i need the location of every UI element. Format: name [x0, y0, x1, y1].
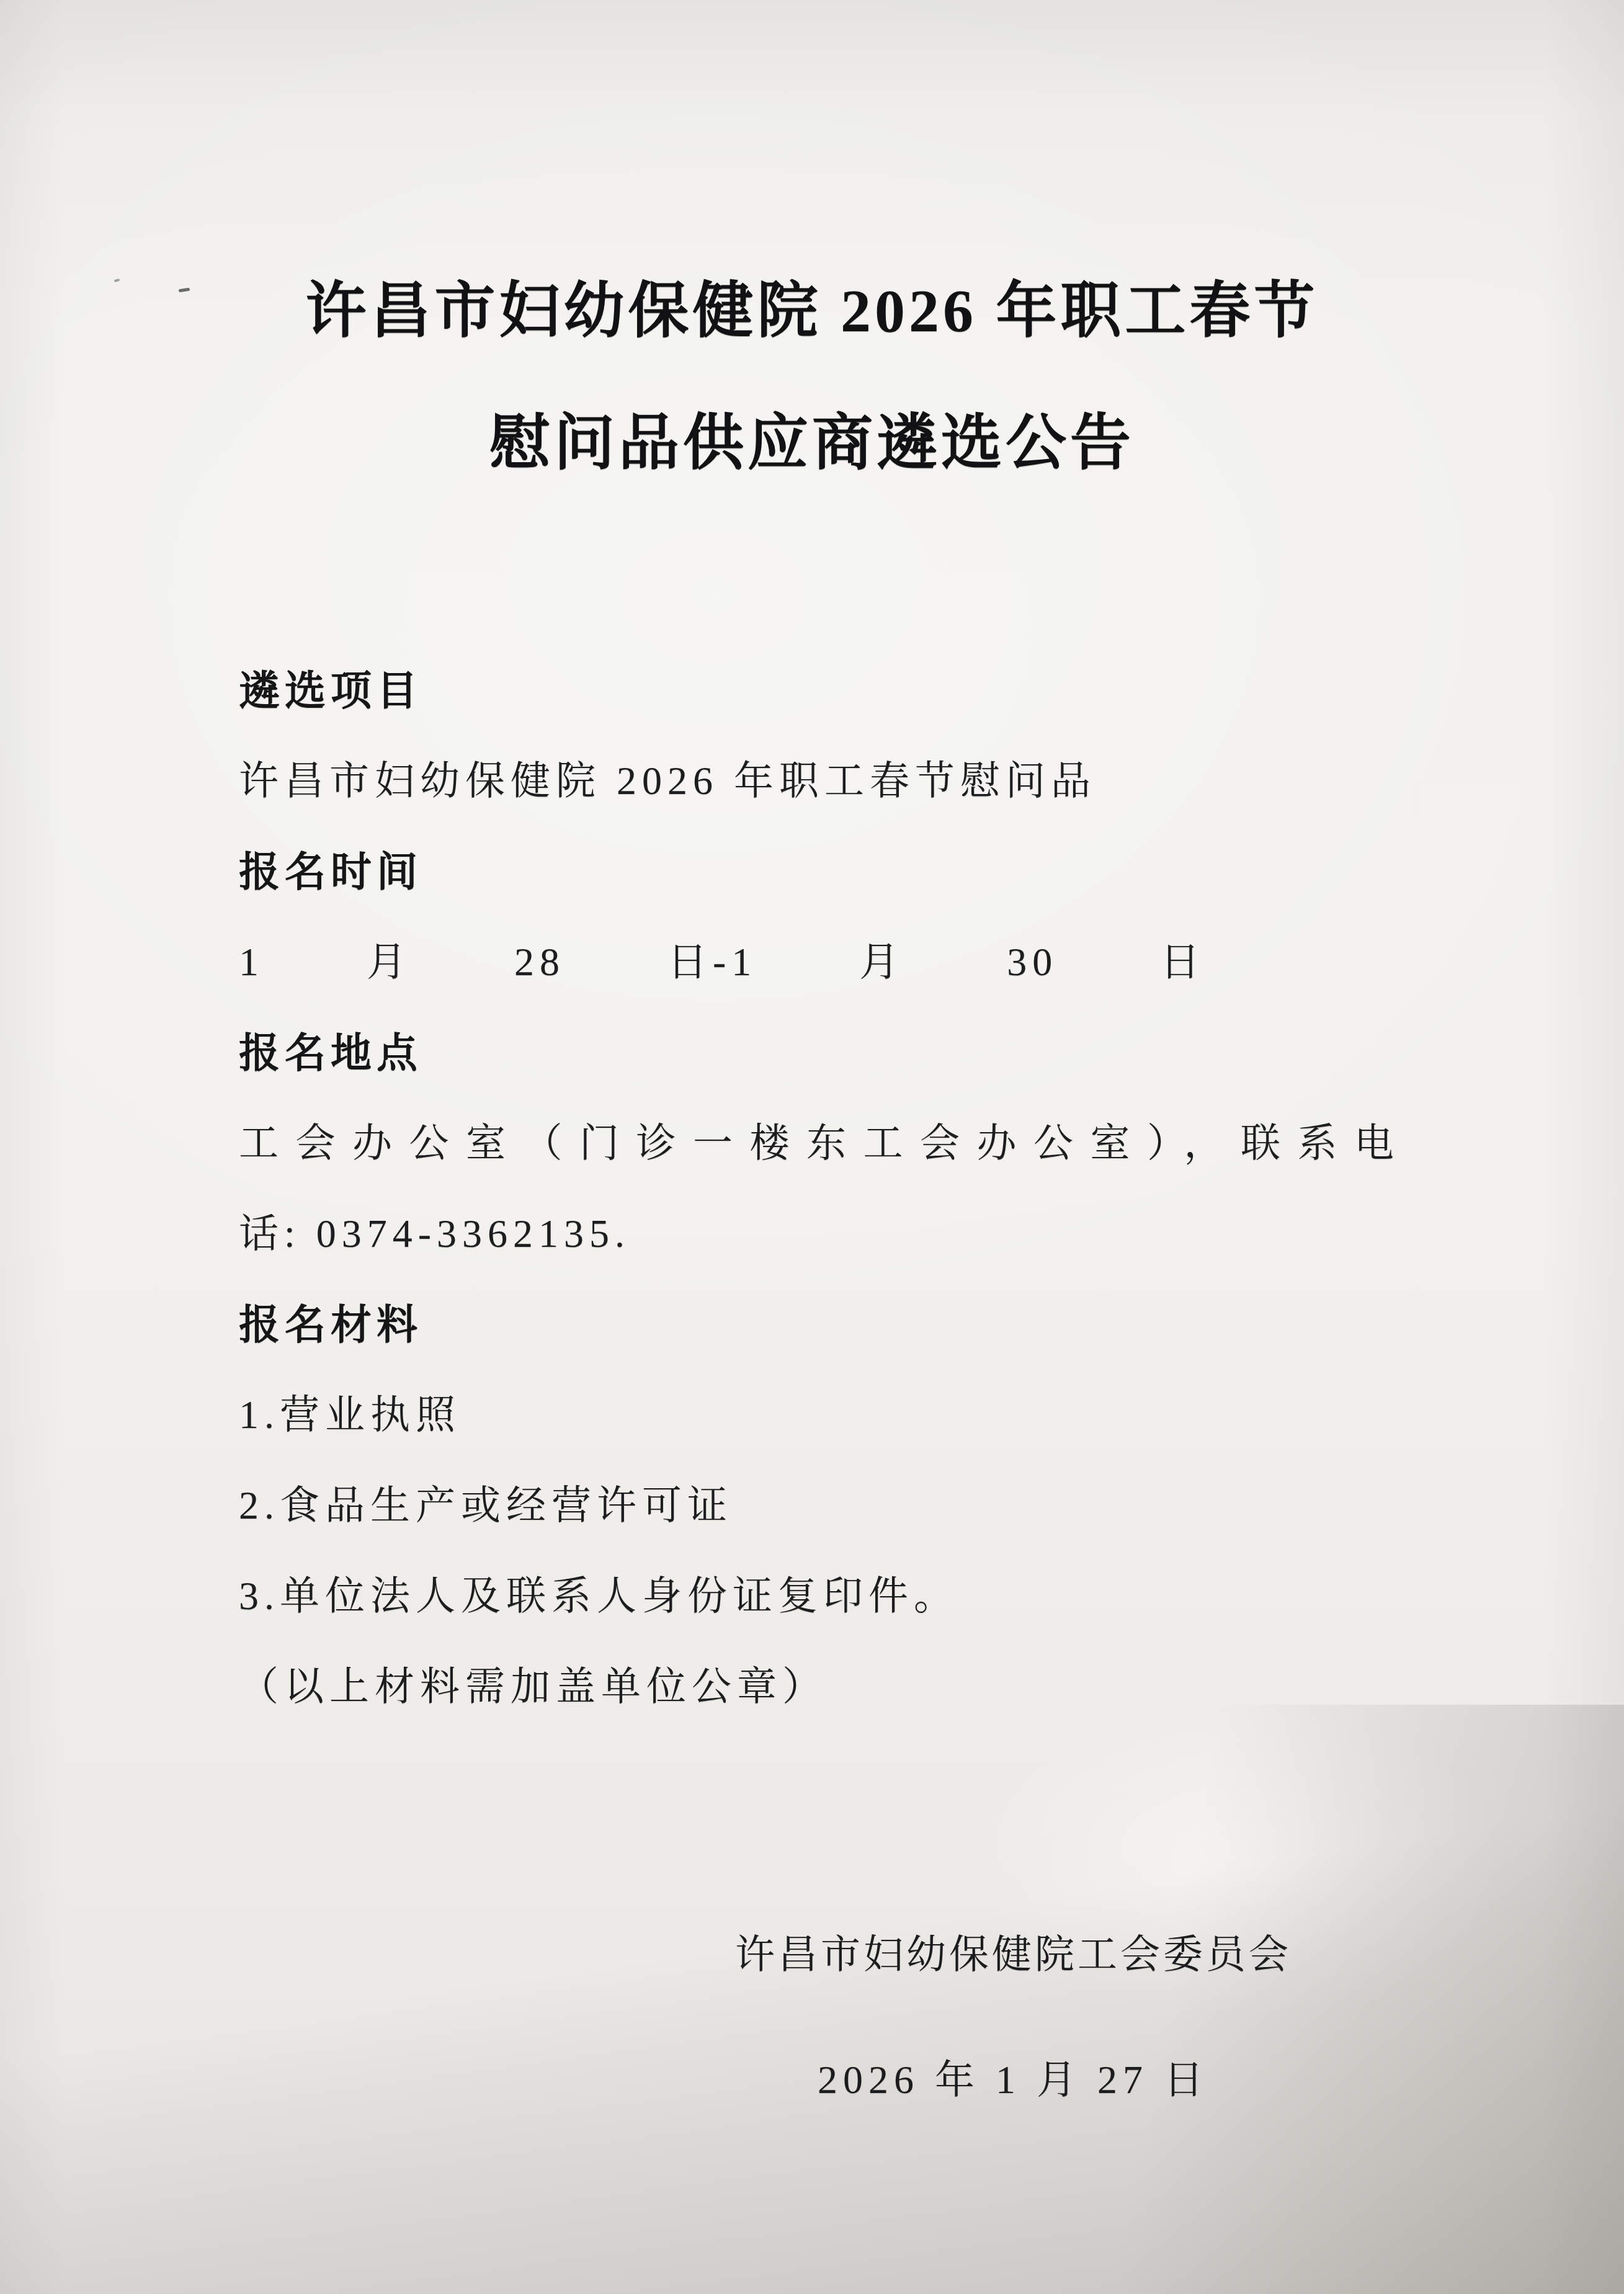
section-heading-time: 报名时间 [239, 826, 1377, 917]
materials-note-line: （以上材料需加盖单位公章） [239, 1641, 1377, 1732]
material-item-1: 1.营业执照 [239, 1370, 1377, 1460]
document-body: 遴选项目 许昌市妇幼保健院 2026 年职工春节慰问品 报名时间 1 月 28 … [239, 645, 1377, 1732]
scanned-document-page: 许昌市妇幼保健院 2026 年职工春节 慰问品供应商遴选公告 遴选项目 许昌市妇… [0, 0, 1624, 2294]
document-title-line-2: 慰问品供应商遴选公告 [0, 406, 1624, 481]
material-item-2: 2.食品生产或经营许可证 [239, 1460, 1377, 1551]
location-line-2-phone: 话: 0374-3362135. [239, 1189, 1377, 1279]
signature-date: 2026 年 1 月 27 日 [735, 2035, 1292, 2125]
document-title-line-1: 许昌市妇幼保健院 2026 年职工春节 [0, 274, 1624, 349]
section-heading-location: 报名地点 [239, 1007, 1377, 1098]
location-line-1: 工会办公室（门诊一楼东工会办公室），联系电 [239, 1098, 1377, 1189]
section-heading-project: 遴选项目 [239, 645, 1377, 736]
material-item-3: 3.单位法人及联系人身份证复印件。 [239, 1551, 1377, 1641]
signature-block: 许昌市妇幼保健院工会委员会 2026 年 1 月 27 日 [735, 1909, 1292, 2125]
registration-time-line: 1 月 28 日-1 月 30 日 [239, 917, 1377, 1007]
project-name-line: 许昌市妇幼保健院 2026 年职工春节慰问品 [239, 736, 1377, 826]
section-heading-materials: 报名材料 [239, 1279, 1377, 1370]
signature-organization: 许昌市妇幼保健院工会委员会 [735, 1909, 1292, 2000]
